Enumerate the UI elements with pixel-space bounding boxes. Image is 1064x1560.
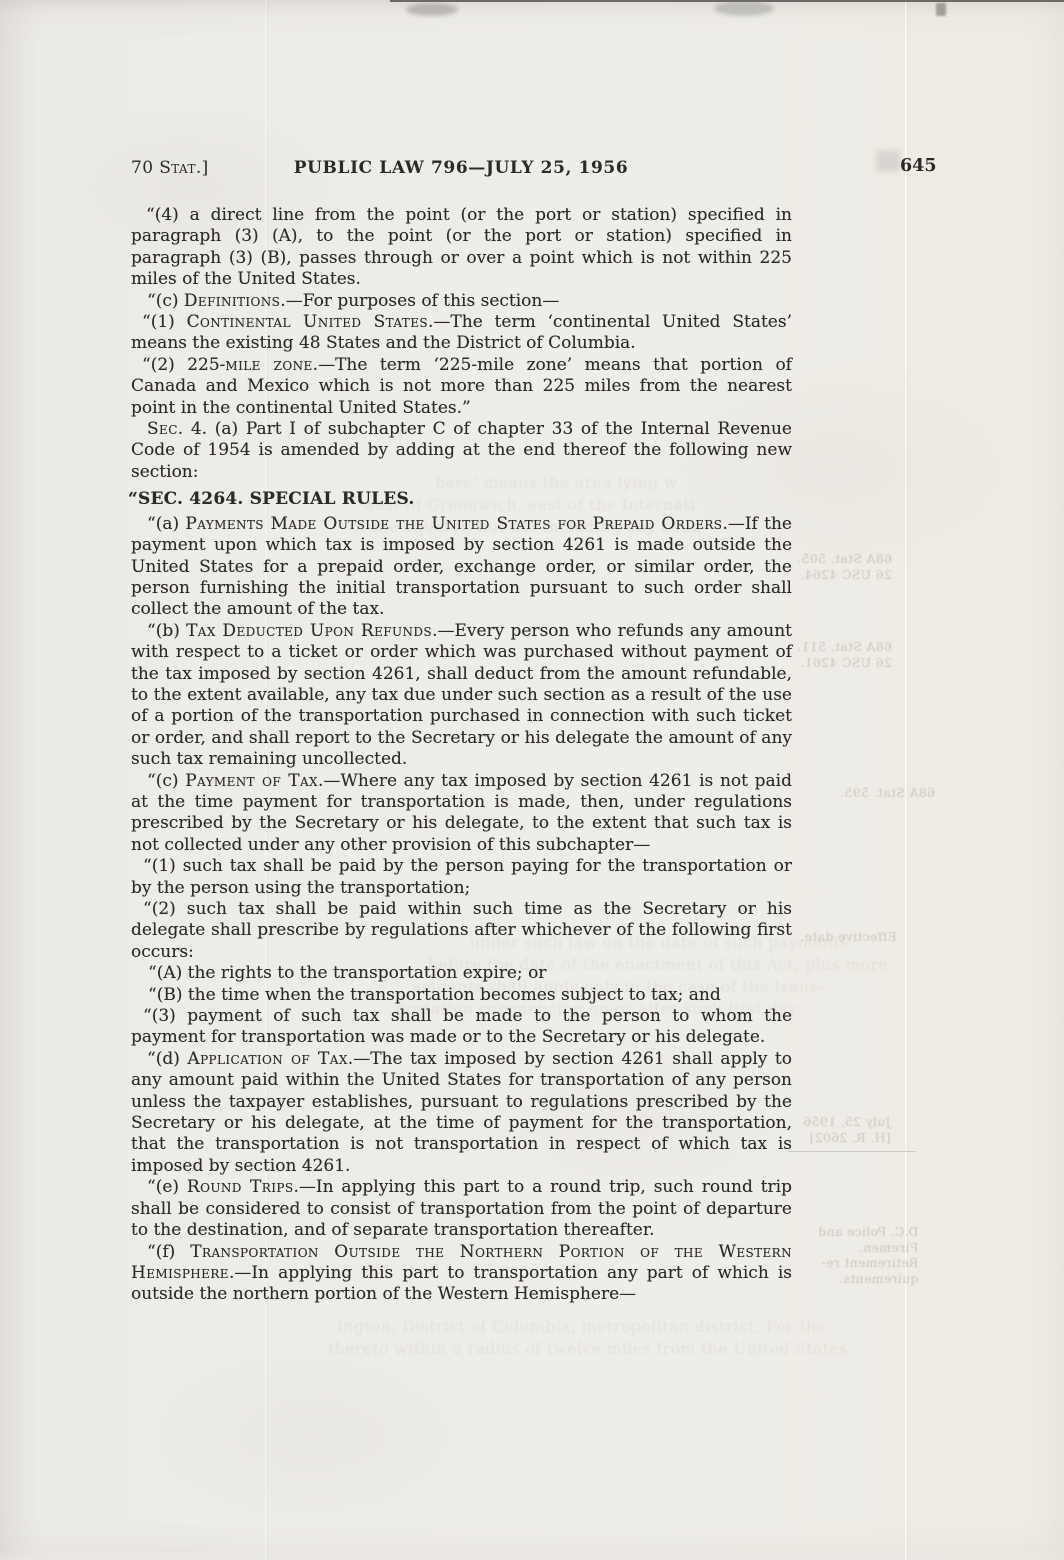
margin-bleed-rule (788, 1151, 916, 1152)
page-number: 645 (900, 156, 960, 176)
statute-text-column: “(4) a direct line from the point (or th… (131, 205, 792, 1306)
text-run: “(A) the rights to the transportation ex… (148, 963, 546, 983)
text-run: Stat (159, 158, 196, 178)
paragraph-c2-225-mile-zone: “(2) 225-mile zone.—The term ‘225-mile z… (131, 355, 792, 419)
paragraph-4: “(4) a direct line from the point (or th… (131, 205, 792, 291)
margin-bleed-note: July 25, 1956 [H. R. 2602] (803, 1114, 891, 1145)
paragraph-c-definitions: “(c) Definitions.—For purposes of this s… (131, 291, 792, 312)
text-run: “(b) (147, 621, 186, 641)
text-run: .—For purposes of this section— (280, 291, 559, 311)
text-run: “(4) a direct line from the point (or th… (131, 205, 792, 289)
paragraph-4264-a: “(a) Payments Made Outside the United St… (131, 514, 792, 621)
paragraph-4264-c2A: “(A) the rights to the transportation ex… (131, 963, 792, 984)
text-run: Tax Deducted Upon Refunds (186, 621, 432, 641)
margin-bleed-note: Effective date. (800, 929, 897, 945)
margin-bleed-note: D.C. Police and Firemen. Retirement re- … (818, 1224, 918, 1286)
paragraph-4264-d: “(d) Application of Tax.—The tax imposed… (131, 1049, 792, 1177)
scan-smudge (936, 3, 946, 16)
text-run: Round Trips (187, 1177, 294, 1197)
paragraph-4264-f: “(f) Transportation Outside the Northern… (131, 1242, 792, 1306)
text-run: Continental United States (187, 312, 428, 332)
text-run: Application of Tax (187, 1049, 347, 1069)
paragraph-sec4-intro: Sec. 4. (a) Part I of subchapter C of ch… (131, 419, 792, 483)
scan-smudge (406, 3, 458, 16)
scan-line-artifact (905, 0, 907, 1560)
paragraph-4264-c2B: “(B) the time when the transportation be… (131, 985, 792, 1006)
page-header: 70 Stat.] PUBLIC LAW 796—JULY 25, 1956 6… (131, 158, 791, 182)
statutes-volume-ref: 70 Stat.] (131, 158, 209, 178)
paragraph-4264-b: “(b) Tax Deducted Upon Refunds.—Every pe… (131, 621, 792, 771)
section-4264-heading: “SEC. 4264. SPECIAL RULES. (128, 489, 792, 510)
text-run: Payment of Tax (185, 771, 318, 791)
text-run: 70 (131, 158, 159, 178)
text-run: “(a) (147, 514, 185, 534)
text-run: Definitions (184, 291, 280, 311)
text-run: “(3) payment of such tax shall be made t… (131, 1006, 792, 1047)
paragraph-4264-c2: “(2) such tax shall be paid within such … (131, 899, 792, 963)
scan-smudge (714, 1, 774, 16)
text-run: mile zone (225, 355, 312, 375)
text-run: “(f) (147, 1242, 190, 1262)
paragraph-4264-e: “(e) Round Trips.—In applying this part … (131, 1177, 792, 1241)
scan-smudge (876, 150, 900, 172)
margin-bleed-note: 68A Stat. 511. 26 USC 4261. (797, 639, 892, 670)
text-run: “SEC. 4264. SPECIAL RULES. (128, 489, 414, 509)
margin-bleed-note: 68A Stat. 505. 26 USC 4264. (797, 551, 892, 582)
public-law-title: PUBLIC LAW 796—JULY 25, 1956 (241, 158, 681, 178)
text-run: “(c) (147, 291, 184, 311)
text-run: “(B) the time when the transportation be… (148, 985, 721, 1005)
scanned-statute-page: here’ means the area lying w west of Gre… (0, 0, 1064, 1560)
text-run: .—In applying this part to transportatio… (131, 1263, 792, 1304)
paragraph-4264-c3: “(3) payment of such tax shall be made t… (131, 1006, 792, 1049)
text-run: “(2) such tax shall be paid within such … (131, 899, 792, 962)
text-run: “(1) such tax shall be paid by the perso… (131, 856, 792, 897)
paragraph-c1-continental-us: “(1) Continental United States.—The term… (131, 312, 792, 355)
text-run: “(e) (147, 1177, 187, 1197)
text-run: “(d) (147, 1049, 187, 1069)
text-run: . 4. (a) Part I of subchapter C of chapt… (131, 419, 792, 482)
bleedthrough-text: ington, District of Columbia, metropolit… (338, 1318, 826, 1336)
text-run: “(2) 225- (142, 355, 225, 375)
text-run: Payments Made Outside the United States … (185, 514, 722, 534)
paragraph-4264-c: “(c) Payment of Tax.—Where any tax impos… (131, 771, 792, 857)
text-run: .] (196, 158, 209, 178)
text-run: Sec (147, 419, 178, 439)
text-run: .—Every person who refunds any amount wi… (131, 621, 792, 769)
bleedthrough-text: thereto within a radius of twelve miles … (328, 1340, 848, 1358)
paragraph-4264-c1: “(1) such tax shall be paid by the perso… (131, 856, 792, 899)
text-run: “(1) (142, 312, 187, 332)
text-run: “(c) (147, 771, 185, 791)
margin-bleed-note: 68A Stat. 595. (840, 785, 935, 801)
